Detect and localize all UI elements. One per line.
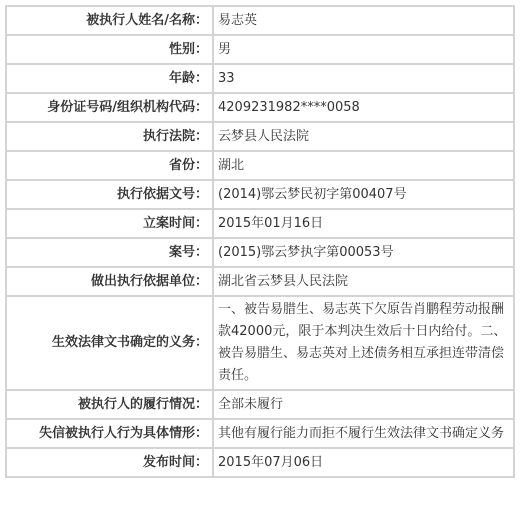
row-performance-status: 被执行人的履行情况： 全部未履行 [6,390,514,419]
value-dishonest-behavior: 其他有履行能力而拒不履行生效法律文书确定义务 [213,419,514,448]
label-performance-status: 被执行人的履行情况： [6,390,213,419]
value-name: 易志英 [213,6,514,35]
row-age: 年龄： 33 [6,64,514,93]
row-publish-date: 发布时间： 2015年07月06日 [6,448,514,477]
value-executing-court: 云梦县人民法院 [213,122,514,151]
value-legal-obligation: 一、被告易腊生、易志英下欠原告肖鹏程劳动报酬款42000元，限于本判决生效后十日… [213,296,514,390]
row-basis-issuing-unit: 做出执行依据单位： 湖北省云梦县人民法院 [6,267,514,296]
row-gender: 性别： 男 [6,35,514,64]
value-publish-date: 2015年07月06日 [213,448,514,477]
label-name: 被执行人姓名/名称： [6,6,213,35]
row-filing-date: 立案时间： 2015年01月16日 [6,209,514,238]
row-basis-document-number: 执行依据文号： (2014)鄂云梦民初字第00407号 [6,180,514,209]
label-publish-date: 发布时间： [6,448,213,477]
label-basis-issuing-unit: 做出执行依据单位： [6,267,213,296]
row-name: 被执行人姓名/名称： 易志英 [6,6,514,35]
value-id-number: 4209231982****0058 [213,93,514,122]
label-gender: 性别： [6,35,213,64]
label-basis-document-number: 执行依据文号： [6,180,213,209]
label-province: 省份： [6,151,213,180]
label-id-number: 身份证号码/组织机构代码： [6,93,213,122]
label-dishonest-behavior: 失信被执行人行为具体情形： [6,419,213,448]
label-executing-court: 执行法院： [6,122,213,151]
value-performance-status: 全部未履行 [213,390,514,419]
value-filing-date: 2015年01月16日 [213,209,514,238]
label-filing-date: 立案时间： [6,209,213,238]
row-executing-court: 执行法院： 云梦县人民法院 [6,122,514,151]
value-gender: 男 [213,35,514,64]
label-case-number: 案号： [6,238,213,267]
label-legal-obligation: 生效法律文书确定的义务： [6,296,213,390]
value-basis-issuing-unit: 湖北省云梦县人民法院 [213,267,514,296]
value-province: 湖北 [213,151,514,180]
row-id-number: 身份证号码/组织机构代码： 4209231982****0058 [6,93,514,122]
row-dishonest-behavior: 失信被执行人行为具体情形： 其他有履行能力而拒不履行生效法律文书确定义务 [6,419,514,448]
row-case-number: 案号： (2015)鄂云梦执字第00053号 [6,238,514,267]
dishonest-debtor-record-table: 被执行人姓名/名称： 易志英 性别： 男 年龄： 33 身份证号码/组织机构代码… [5,5,515,478]
row-legal-obligation: 生效法律文书确定的义务： 一、被告易腊生、易志英下欠原告肖鹏程劳动报酬款4200… [6,296,514,390]
row-province: 省份： 湖北 [6,151,514,180]
label-age: 年龄： [6,64,213,93]
value-case-number: (2015)鄂云梦执字第00053号 [213,238,514,267]
value-age: 33 [213,64,514,93]
value-basis-document-number: (2014)鄂云梦民初字第00407号 [213,180,514,209]
